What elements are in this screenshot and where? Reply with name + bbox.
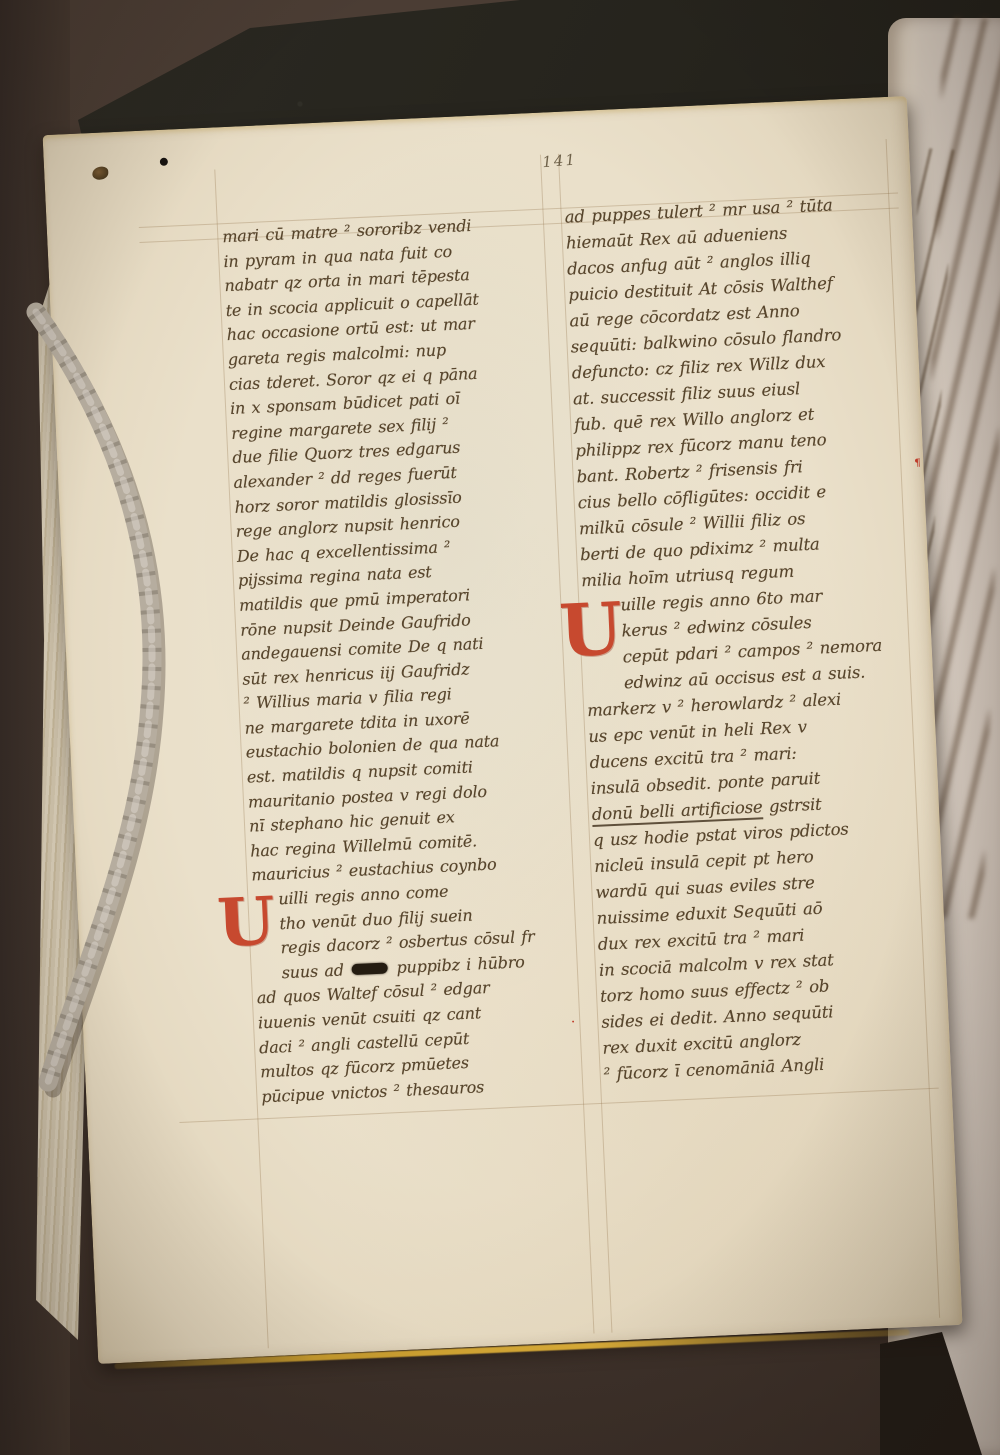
ink-dot <box>160 158 168 166</box>
red-margin-tick: ¶ <box>914 458 921 469</box>
text-paragraph: ad puppes tulert ² mr usa ² tūtahiemaūt … <box>564 190 911 595</box>
manuscript-photo: 141 ¶ · mari cū matre ² sororibz vendiin… <box>0 0 1000 1455</box>
text-column-right: ad puppes tulert ² mr usa ² tūtahiemaūt … <box>564 190 934 1088</box>
text-paragraph: mari cū matre ² sororibz vendiin pyram i… <box>222 211 570 889</box>
folio-number: 141 <box>542 150 578 171</box>
rubricated-initial: U <box>216 892 275 968</box>
wormhole-stain <box>92 166 109 180</box>
text-paragraph: Uuilli regis anno cometho venūt duo fili… <box>252 874 580 1110</box>
text-column-left: mari cū matre ² sororibz vendiin pyram i… <box>222 211 580 1110</box>
rubricated-initial: U <box>558 597 618 679</box>
text-paragraph: Uuille regis anno 6to markerus ² edwinz … <box>582 579 934 1087</box>
inked-out-word <box>352 962 388 975</box>
manuscript-page: 141 ¶ · mari cū matre ² sororibz vendiin… <box>43 96 963 1364</box>
